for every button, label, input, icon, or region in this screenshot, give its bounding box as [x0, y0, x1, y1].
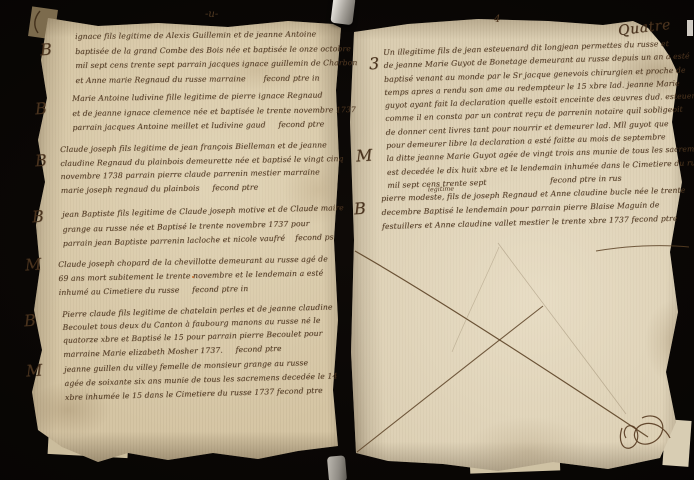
register-entry: ignace fils legitime de Alexis Guillemin…	[75, 27, 358, 88]
margin-letter: B	[39, 40, 52, 60]
margin-letter: M	[25, 360, 43, 380]
ink-speck	[192, 276, 194, 278]
margin-letter: B	[353, 199, 366, 219]
handwriting-layer: -u- B B B B M B M ignace fils legitime d…	[0, 0, 694, 480]
register-entry: Marie Antoine ludivine fille legitime de…	[72, 88, 356, 135]
register-entry: Pierre claude fils legitime de chatelain…	[62, 300, 334, 360]
book-strap	[330, 0, 355, 25]
register-entry: pierre modeste, fils de joseph Regnaud e…	[381, 184, 686, 235]
margin-letter: B	[23, 311, 36, 331]
register-entry: jean Baptiste fils legitime de Claude jo…	[62, 201, 345, 252]
left-folio-mark: -u-	[205, 9, 218, 20]
book-strap	[327, 455, 347, 480]
margin-letter: M	[355, 145, 373, 165]
corner-word: Quatre	[617, 17, 672, 39]
register-entry: Claude joseph fils legitime de jean fran…	[60, 138, 344, 197]
margin-letter: B	[34, 151, 47, 171]
manuscript-line: et Anne marie Regnaud du russe marraine …	[75, 71, 357, 88]
margin-letter: B	[34, 99, 47, 119]
page-number: 4	[494, 14, 500, 25]
manuscript-line: parrain jacques Antoine meillet et ludiv…	[72, 117, 356, 135]
margin-letter: M	[24, 254, 42, 274]
register-entry: jeanne guillen du villey femelle de mons…	[64, 355, 338, 405]
margin-letter: B	[31, 207, 44, 227]
register-entry: Un illegitime fils de jean esteuenard di…	[383, 36, 694, 192]
scanned-book-photo: -u- B B B B M B M ignace fils legitime d…	[0, 0, 694, 480]
margin-letter: 3	[368, 54, 379, 74]
